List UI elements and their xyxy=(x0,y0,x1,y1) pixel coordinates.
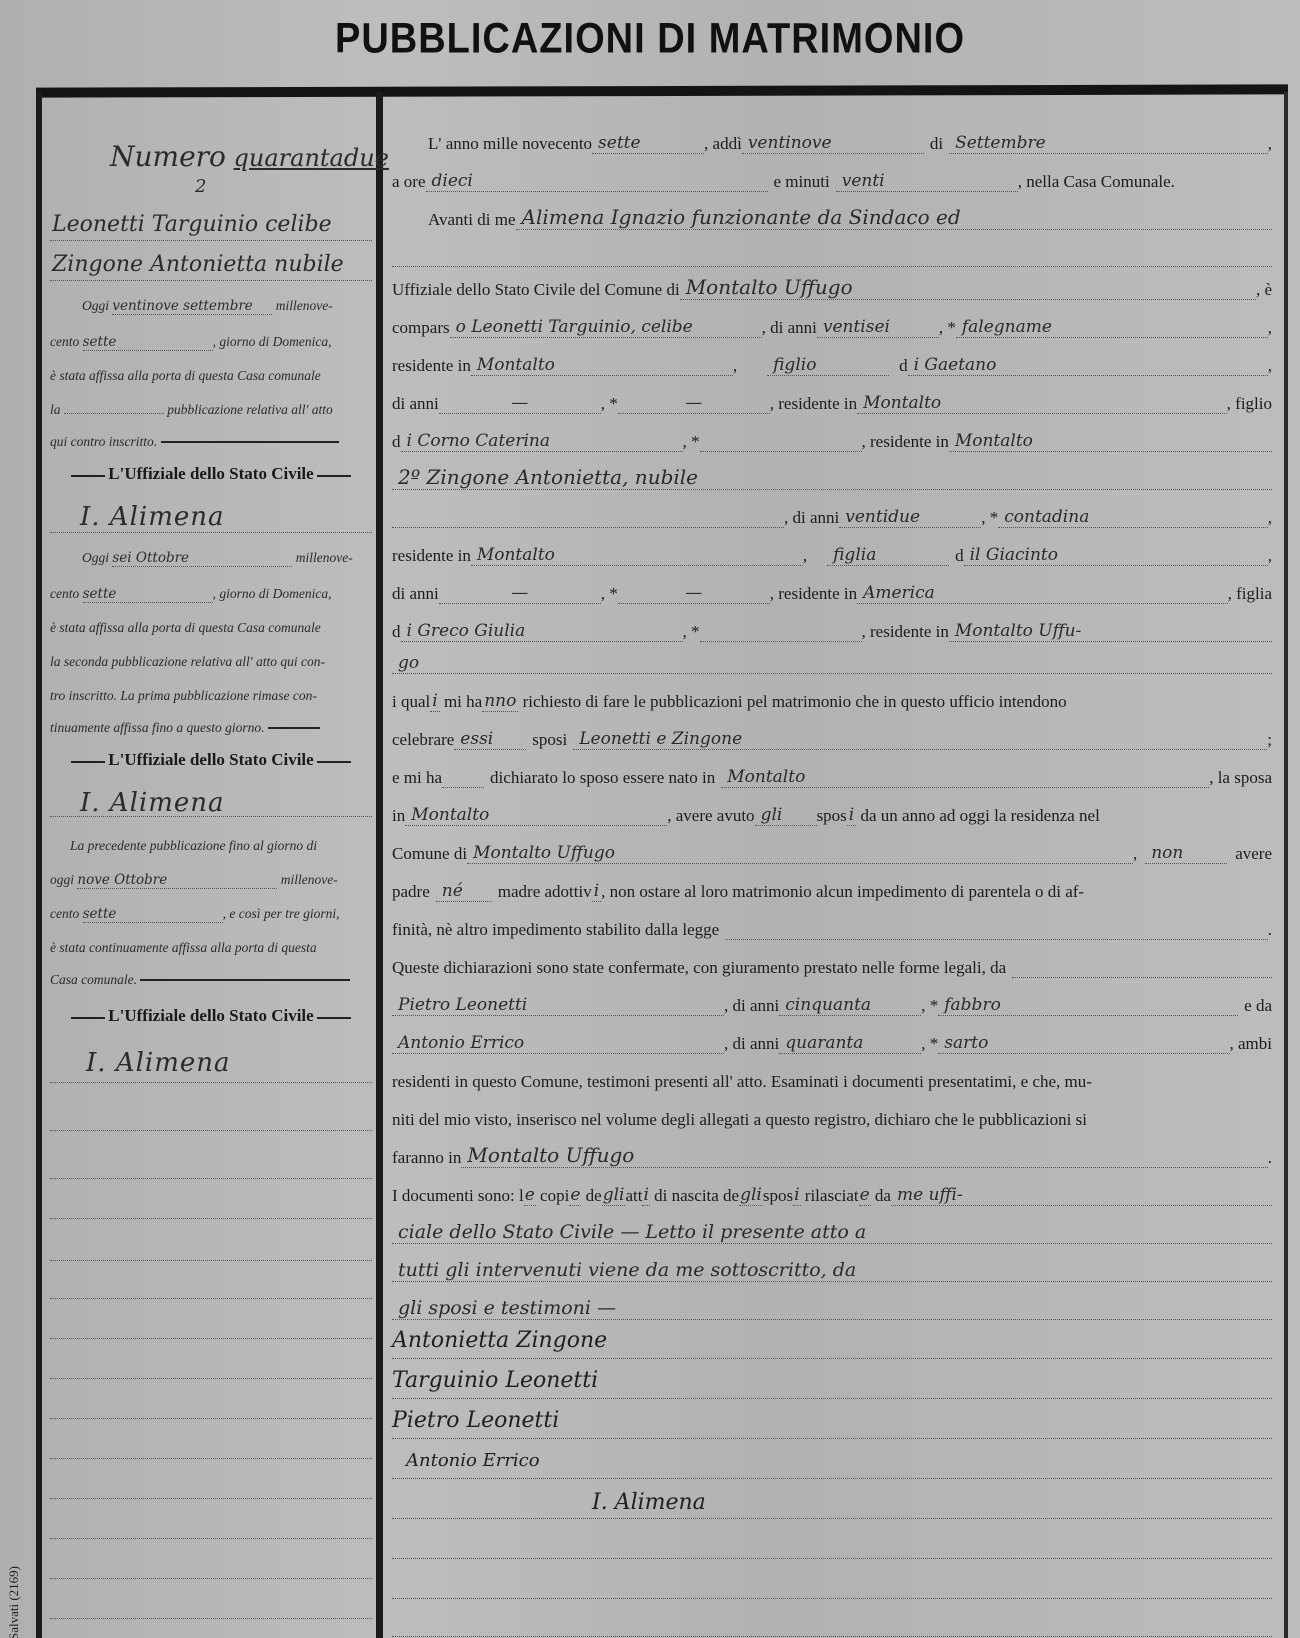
witness-2-field: Antonio Errico xyxy=(392,1033,724,1054)
act-line-witness-1: Pietro Leonetti , di anni cinquanta , * … xyxy=(392,992,1272,1016)
bride-father-residence-field: America xyxy=(857,583,1228,604)
day-field: ventinove xyxy=(742,133,924,154)
documents-issuer-field: me uffi- xyxy=(891,1185,1272,1206)
groom-residence-field: Montalto xyxy=(471,355,733,376)
act-line-bride-mother: d i Greco Giulia , * , residente in Mont… xyxy=(392,618,1272,642)
document-title: PUBBLICAZIONI DI MATRIMONIO xyxy=(0,15,1300,63)
act-line-impediment-1: padre né madre adottivi, non ostare al l… xyxy=(392,878,1272,902)
witness-1-field: Pietro Leonetti xyxy=(392,995,724,1016)
act-line-groom-father: di anni — , * — , residente in Montalto … xyxy=(392,390,1272,414)
groom-son-field: figlio xyxy=(767,355,889,376)
second-posting-line4: la seconda pubblicazione relativa all' a… xyxy=(50,654,325,670)
witness-1-profession-field: fabbro xyxy=(938,995,1238,1016)
act-line-date: L' anno mille novecento sette , addì ven… xyxy=(392,130,1272,154)
bride-father-field: il Giacinto xyxy=(964,545,1268,566)
bride-father-age-field: — xyxy=(439,583,601,604)
officer-signature-2: I. Alimena xyxy=(80,788,225,818)
bride-profession-field: contadina xyxy=(998,507,1268,528)
bride-mother-residence-field: Montalto Uffu- xyxy=(949,621,1272,642)
second-posting-line3: è stata affissa alla porta di questa Cas… xyxy=(50,620,321,636)
act-line-residence: in Montalto , avere avuto gli sposi da u… xyxy=(392,802,1272,826)
bride-birthplace-field: Montalto xyxy=(405,805,667,826)
act-line-bride-residence: residente in Montalto , figlia d il Giac… xyxy=(392,542,1272,566)
officer-heading-3: L'Uffiziale dello Stato Civile xyxy=(50,1006,372,1026)
groom-age-field: ventisei xyxy=(817,317,939,338)
groom-mother-residence-field: Montalto xyxy=(949,431,1272,452)
frame-left-border xyxy=(36,92,42,1638)
frame-column-divider xyxy=(376,92,383,1638)
act-line-bride-age: , di anni ventidue , * contadina , xyxy=(392,504,1272,528)
second-posting-line1: Oggi sei Ottobre millenove- xyxy=(82,550,353,567)
first-posting-line1: Oggi ventinove settembre millenove- xyxy=(82,298,333,315)
act-line-request: i quali mi hanno richiesto di fare le pu… xyxy=(392,688,1272,712)
month-field: Settembre xyxy=(949,133,1268,154)
act-line-celebrate: celebrare essi sposi Leonetti e Zingone … xyxy=(392,726,1272,750)
second-posting-line2: cento sette, giorno di Domenica, xyxy=(50,586,332,603)
printer-mark: Salvati (2169) xyxy=(6,1566,22,1638)
signature-officer: I. Alimena xyxy=(592,1490,706,1515)
act-line-officer: Avanti di me Alimena Ignazio funzionante… xyxy=(392,206,1272,230)
act-number-label: Numero xyxy=(110,140,226,173)
minutes-field: venti xyxy=(836,171,1018,192)
signature-bride: Antonietta Zingone xyxy=(392,1328,607,1353)
groom-profession-field: falegname xyxy=(956,317,1268,338)
bride-mother-field: i Greco Giulia xyxy=(401,621,683,642)
bride-name: Zingone Antonietta nubile xyxy=(52,252,344,277)
year-field: sette xyxy=(592,133,704,154)
act-line-faranno: faranno in Montalto Uffugo . xyxy=(392,1144,1272,1168)
act-line-witness-2: Antonio Errico , di anni quaranta , * sa… xyxy=(392,1030,1272,1054)
groom-birthplace-field: Montalto xyxy=(721,767,1209,788)
witness-1-age-field: cinquanta xyxy=(779,995,921,1016)
groom-father-residence-field: Montalto xyxy=(857,393,1227,414)
residence-comune-field: Montalto Uffugo xyxy=(467,843,1133,864)
officer-signature-1: I. Alimena xyxy=(80,502,225,532)
groom-field: o Leonetti Targuinio, celibe xyxy=(450,317,762,338)
signature-witness-1: Pietro Leonetti xyxy=(392,1408,559,1433)
groom-mother-field: i Corno Caterina xyxy=(401,431,683,452)
groom-father-profession-field: — xyxy=(618,393,770,414)
act-line-bride-father: di anni — , * — , residente in America ,… xyxy=(392,580,1272,604)
act-number-sub: 2 xyxy=(195,176,206,197)
witness-2-profession-field: sarto xyxy=(938,1033,1229,1054)
publication-place-field: Montalto Uffugo xyxy=(461,1143,1267,1168)
second-posting-line5: tro inscritto. La prima pubblicazione ri… xyxy=(50,688,317,704)
officer-heading-1: L'Uffiziale dello Stato Civile xyxy=(50,464,372,484)
final-posting-line2: oggi nove Ottobre millenove- xyxy=(50,872,338,889)
final-posting-line1: La precedente pubblicazione fino al gior… xyxy=(70,838,317,854)
bride-father-profession-field: — xyxy=(618,583,770,604)
second-posting-line6: tinuamente affissa fino a questo giorno. xyxy=(50,720,320,736)
act-line-birthplace: e mi ha dichiarato lo sposo essere nato … xyxy=(392,764,1272,788)
act-line-residents: residenti in questo Comune, testimoni pr… xyxy=(392,1068,1272,1092)
bride-daughter-field: figlia xyxy=(827,545,949,566)
officer-signature-3: I. Alimena xyxy=(86,1048,231,1078)
bride-mother-profession-field xyxy=(700,621,862,642)
act-line-continuation: go xyxy=(392,650,1272,674)
act-line-confirmation: Queste dichiarazioni sono state conferma… xyxy=(392,954,1272,978)
act-line-handwritten-2: tutti gli intervenuti viene da me sottos… xyxy=(392,1258,1272,1282)
signature-groom: Targuinio Leonetti xyxy=(392,1368,598,1393)
act-line-comune: Uffiziale dello Stato Civile del Comune … xyxy=(392,276,1272,300)
act-line-bride: 2º Zingone Antonietta, nubile xyxy=(392,466,1272,490)
hour-field: dieci xyxy=(426,171,768,192)
first-posting-line2: cento sette, giorno di Domenica, xyxy=(50,334,332,351)
act-line-handwritten-3: gli sposi e testimoni — xyxy=(392,1296,1272,1320)
first-posting-line4: la pubblicazione relativa all' atto xyxy=(50,402,333,418)
officer-heading-2: L'Uffiziale dello Stato Civile xyxy=(50,750,372,770)
act-number-value: quarantadue xyxy=(234,144,389,172)
final-posting-line4: è stata continuamente affissa alla porta… xyxy=(50,940,317,956)
final-posting-line3: cento sette, e così per tre giorni, xyxy=(50,906,339,923)
act-line-impediment-2: finità, nè altro impedimento stabilito d… xyxy=(392,916,1272,940)
act-line-handwritten-1: ciale dello Stato Civile — Letto il pres… xyxy=(392,1220,1272,1244)
spouses-field: Leonetti e Zingone xyxy=(573,729,1267,750)
act-line-time: a ore dieci e minuti venti , nella Casa … xyxy=(392,168,1272,192)
act-line-groom-residence: residente in Montalto , figlio d i Gaeta… xyxy=(392,352,1272,376)
act-line-comune-residence: Comune di Montalto Uffugo , non avere xyxy=(392,840,1272,864)
officer-field: Alimena Ignazio funzionante da Sindaco e… xyxy=(516,205,1273,230)
final-posting-line5: Casa comunale. xyxy=(50,972,350,988)
groom-mother-profession-field xyxy=(700,431,862,452)
bride-field: 2º Zingone Antonietta, nubile xyxy=(392,465,1272,490)
act-line-documents: I documenti sono: le copie degliatti di … xyxy=(392,1182,1272,1206)
witness-2-age-field: quaranta xyxy=(779,1033,921,1054)
act-number: Numero quarantadue xyxy=(110,140,389,173)
residence-continuation: go xyxy=(392,653,1272,674)
frame-right-border xyxy=(1284,92,1288,1638)
signature-witness-2: Antonio Errico xyxy=(406,1450,540,1471)
bride-residence-field: Montalto xyxy=(471,545,803,566)
first-posting-line5: qui contro inscritto. xyxy=(50,434,339,450)
groom-father-field: i Gaetano xyxy=(908,355,1268,376)
comune-field: Montalto Uffugo xyxy=(680,275,1256,300)
first-posting-line3: è stata affissa alla porta di questa Cas… xyxy=(50,368,321,384)
essi-field: essi xyxy=(454,729,526,750)
groom-name: Leonetti Targuinio celibe xyxy=(52,212,332,237)
groom-father-age-field: — xyxy=(439,393,601,414)
act-line-groom: compars o Leonetti Targuinio, celibe , d… xyxy=(392,314,1272,338)
bride-age-field: ventidue xyxy=(839,507,981,528)
top-rule xyxy=(36,84,1288,97)
act-line-visto: niti del mio visto, inserisco nel volume… xyxy=(392,1106,1272,1130)
act-line-groom-mother: d i Corno Caterina , * , residente in Mo… xyxy=(392,428,1272,452)
